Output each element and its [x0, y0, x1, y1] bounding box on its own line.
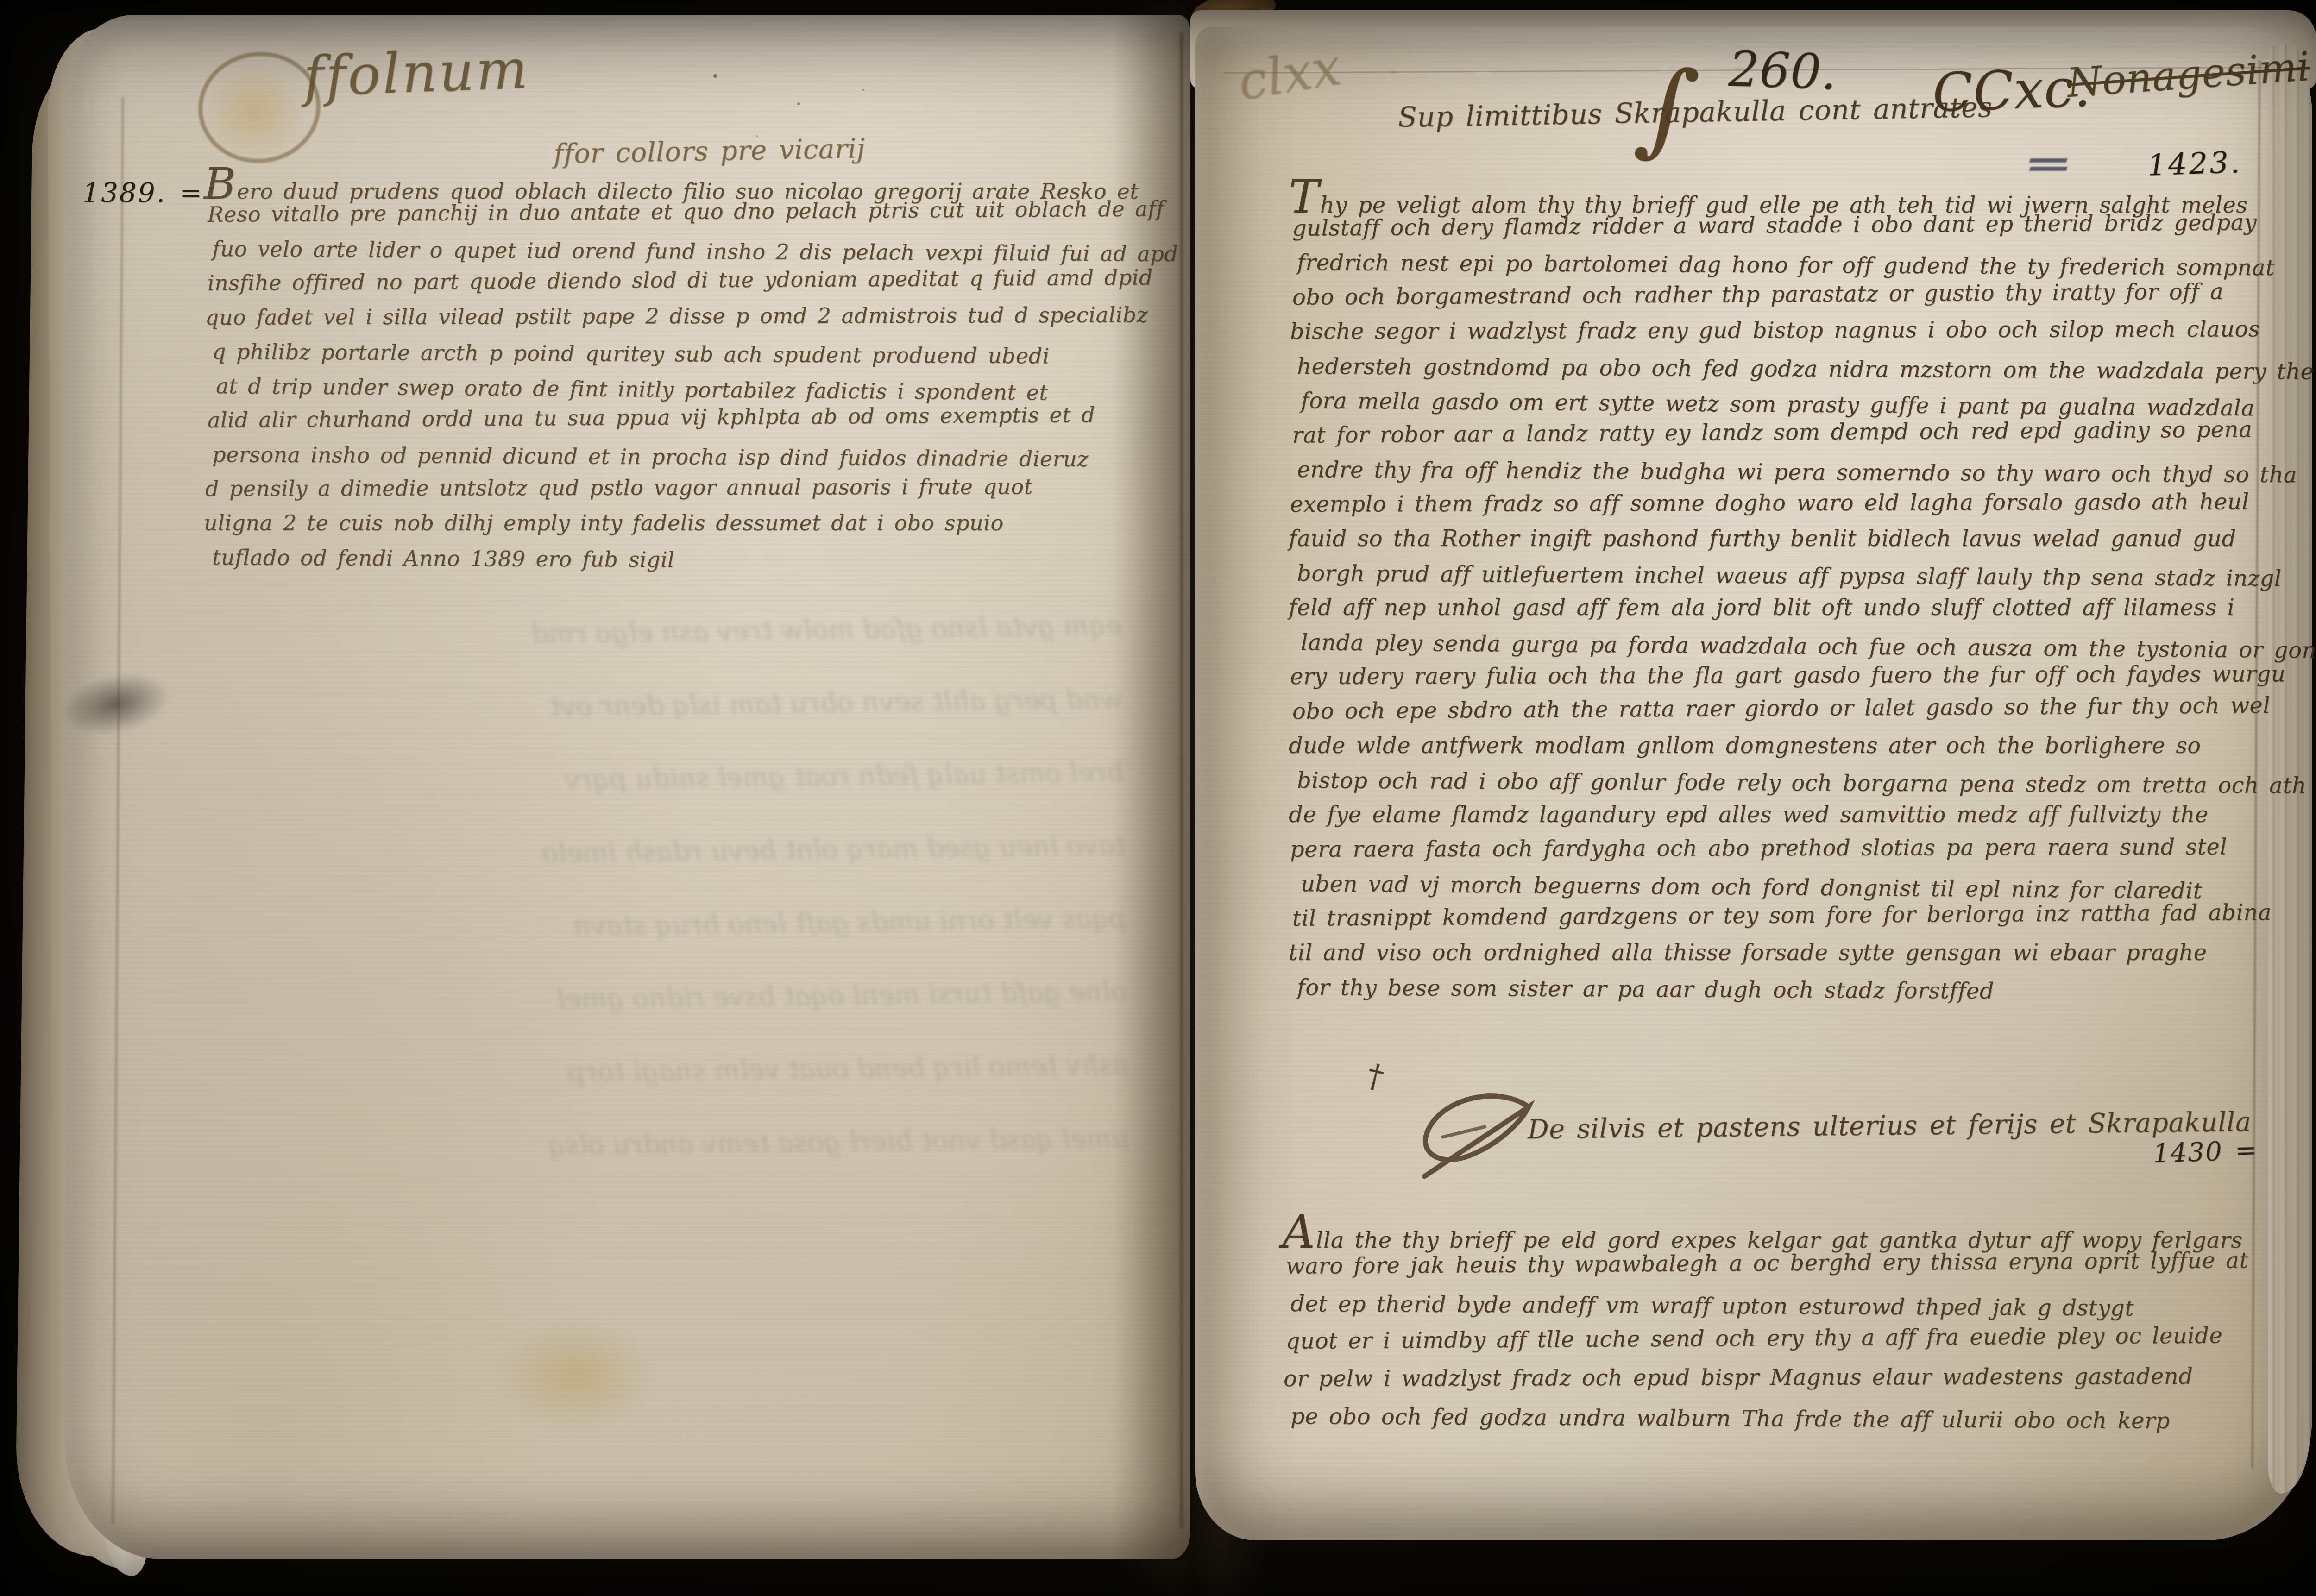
manuscript-line: tuflado od fendi Anno 1389 ero fub sigil: [212, 545, 1143, 584]
manuscript-line: til trasnippt komdend gardzgens or tey s…: [1292, 899, 2219, 940]
gutter-fold-line: [1180, 32, 1183, 1528]
manuscript-line: rat for robor aar a landz ratty ey landz…: [1292, 416, 2219, 457]
manuscript-line: dude wlde antfwerk modlam gnllom domgnes…: [1289, 733, 2215, 767]
manuscript-line: de fye elame flamdz lagandury epd alles …: [1289, 802, 2215, 836]
manuscript-line: quot er i uimdby aff tlle uche send och …: [1286, 1323, 2217, 1366]
blue-equals-mark: [2030, 158, 2067, 174]
left-margin-year: 1389. =: [82, 177, 203, 208]
page-number: 260.: [1728, 41, 1838, 101]
manuscript-line: gulstaff och dery flamdz ridder a ward s…: [1292, 209, 2219, 250]
right-margin-year-1430: 1430 =: [2152, 1135, 2258, 1169]
left-entry-text: Bero duud prudens quod oblach dilecto fi…: [204, 168, 1135, 579]
ghost-line: olne gafd tursi menl oqat bsve ridno gme…: [219, 955, 1127, 1040]
manuscript-line: for thy bese som sister ar pa aar dugh o…: [1297, 974, 2223, 1014]
manuscript-line: quo fadet vel i silla vilead pstilt pape…: [205, 302, 1136, 339]
manuscript-line: bische segor i wadzlyst fradz eny gud bi…: [1290, 316, 2216, 353]
left-subheader: ffor collors pre vicarij: [553, 132, 865, 170]
ghost-line: tavo lneu gsed marq olnt bevu rdash imel…: [217, 808, 1126, 894]
ghost-line: brel omst ualq fedn roat gmel snidu pqrv: [216, 735, 1125, 821]
manuscript-line: uligna 2 te cuis nob dilhj emply inty fa…: [204, 510, 1135, 545]
parchment-stain: [491, 1315, 658, 1436]
manuscript-line: ery udery raery fulia och tha the fla ga…: [1290, 661, 2216, 698]
right-bottom-text: Alla the thy brieff pe eld gord expes ke…: [1282, 1216, 2213, 1441]
manuscript-line: q philibz portarle arcth p poind quritey…: [212, 339, 1143, 378]
right-main-text: Thy pe veligt alom thy thy brieff gud el…: [1289, 181, 2215, 1009]
manuscript-line: waro fore jak heuis thy wpawbalegh a oc …: [1286, 1248, 2217, 1291]
manuscript-line: obo och epe sbdro ath the ratta raer gio…: [1292, 692, 2219, 733]
manuscript-line: or pelw i wadzlyst fradz och epud bispr …: [1284, 1364, 2215, 1403]
manuscript-line: alid alir churhand ordd una tu sua ppua …: [208, 402, 1139, 442]
manuscript-line: Alla the thy brieff pe eld gord expes ke…: [1282, 1216, 2213, 1253]
manuscript-line: Thy pe veligt alom thy thy brieff gud el…: [1289, 181, 2215, 215]
manuscript-line: d pensily a dimedie untslotz qud pstlo v…: [205, 474, 1136, 510]
bleed-through-text: eqm gvta lsno gfad molw trev asn elgo rm…: [214, 589, 1129, 1187]
ghost-line: ashv temo lirq bend ouat velm snagi torp: [220, 1028, 1129, 1113]
manuscript-line: til and viso och ordnighed alla thisse f…: [1289, 940, 2215, 974]
manuscript-line: hedersteh gostndomd pa obo och fed godza…: [1297, 353, 2223, 393]
manuscript-line: borgh prud aff uitlefuertem inchel waeus…: [1297, 560, 2223, 600]
manuscript-photo: ffolnum ffor collors pre vicarij 1389. =…: [0, 0, 2316, 1596]
manuscript-line: fauid so tha Rother ingift pashond furth…: [1289, 526, 2215, 560]
manuscript-line: feld aff nep unhol gasd aff fem ala jord…: [1289, 595, 2215, 629]
ghost-line: pqas velt orni umds gaft leno bruq stavn: [218, 881, 1127, 967]
left-folio-header: ffolnum: [302, 37, 531, 109]
section-initial-flourish-icon: [1415, 1081, 1540, 1204]
ghost-line: eqm gvta lsno gfad molw trev asn elgo rm…: [214, 589, 1122, 674]
manuscript-line: obo och borgamestrand och radher thp par…: [1292, 278, 2219, 319]
ghost-line: umel qasd vnot bierl gosa temv andru ols…: [221, 1101, 1130, 1187]
manuscript-line: pe obo och fed godza undra walburn Tha f…: [1290, 1403, 2222, 1446]
manuscript-line: exemplo i them fradz so aff somne dogho …: [1290, 489, 2216, 526]
right-margin-year-1423: 1423.: [2147, 145, 2242, 183]
ink-specks: [713, 74, 717, 78]
ghost-line: wnd perg ahlt sevn obru tam islq denr ov…: [214, 662, 1123, 748]
manuscript-line: bistop och rad i obo aff gonlur fode rel…: [1297, 767, 2223, 807]
manuscript-line: pera raera fasta och fardygha och abo pr…: [1290, 834, 2216, 871]
manuscript-line: insfihe offired no part quode diendo slo…: [208, 265, 1139, 305]
manuscript-line: Reso vitallo pre panchij in duo antate e…: [208, 196, 1139, 236]
